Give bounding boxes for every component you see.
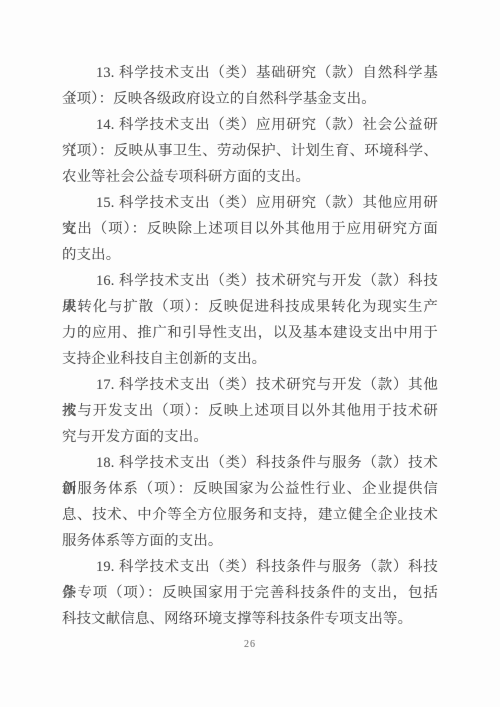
text-line: 新服务体系（项）：反映国家为公益性行业、企业提供信 — [62, 476, 438, 502]
text-line: 13. 科学技术支出（类）基础研究（款）自然科学基金 — [62, 60, 438, 86]
text-line: 力的应用、推广和引导性支出，以及基本建设支出中用于 — [62, 320, 438, 346]
text-line: 17. 科学技术支出（类）技术研究与开发（款）其他技 — [62, 372, 438, 398]
paragraph-18: 18. 科学技术支出（类）科技条件与服务（款）技术创 新服务体系（项）：反映国家… — [62, 450, 438, 554]
text-line: 的支出。 — [62, 242, 438, 268]
text-line: 果转化与扩散（项）：反映促进科技成果转化为现实生产 — [62, 294, 438, 320]
text-line: 19. 科学技术支出（类）科技条件与服务（款）科技条 — [62, 554, 438, 580]
text-line: 息、技术、中介等全方位服务和支持，建立健全企业技术 — [62, 502, 438, 528]
text-line: 服务体系等方面的支出。 — [62, 528, 438, 554]
document-page: 13. 科学技术支出（类）基础研究（款）自然科学基金 （项）：反映各级政府设立的… — [0, 0, 500, 707]
paragraph-16: 16. 科学技术支出（类）技术研究与开发（款）科技成 果转化与扩散（项）：反映促… — [62, 268, 438, 372]
text-line: 件专项（项）：反映国家用于完善科技条件的支出，包括 — [62, 580, 438, 606]
text-line: 科技文献信息、网络环境支撑等科技条件专项支出等。 — [62, 606, 438, 632]
paragraph-15: 15. 科学技术支出（类）应用研究（款）其他应用研究 支出（项）：反映除上述项目… — [62, 190, 438, 268]
text-line: 支持企业科技自主创新的支出。 — [62, 346, 438, 372]
text-line: 14. 科学技术支出（类）应用研究（款）社会公益研究 — [62, 112, 438, 138]
text-line: 18. 科学技术支出（类）科技条件与服务（款）技术创 — [62, 450, 438, 476]
document-body: 13. 科学技术支出（类）基础研究（款）自然科学基金 （项）：反映各级政府设立的… — [62, 60, 438, 632]
text-line: （项）：反映从事卫生、劳动保护、计划生育、环境科学、 — [62, 138, 438, 164]
text-line: 术与开发支出（项）：反映上述项目以外其他用于技术研 — [62, 398, 438, 424]
paragraph-17: 17. 科学技术支出（类）技术研究与开发（款）其他技 术与开发支出（项）：反映上… — [62, 372, 438, 450]
text-line: 16. 科学技术支出（类）技术研究与开发（款）科技成 — [62, 268, 438, 294]
page-number: 26 — [0, 637, 500, 653]
text-line: 究与开发方面的支出。 — [62, 424, 438, 450]
text-line: （项）：反映各级政府设立的自然科学基金支出。 — [62, 86, 438, 112]
text-line: 支出（项）：反映除上述项目以外其他用于应用研究方面 — [62, 216, 438, 242]
text-line: 农业等社会公益专项科研方面的支出。 — [62, 164, 438, 190]
text-line: 15. 科学技术支出（类）应用研究（款）其他应用研究 — [62, 190, 438, 216]
paragraph-14: 14. 科学技术支出（类）应用研究（款）社会公益研究 （项）：反映从事卫生、劳动… — [62, 112, 438, 190]
paragraph-19: 19. 科学技术支出（类）科技条件与服务（款）科技条 件专项（项）：反映国家用于… — [62, 554, 438, 632]
paragraph-13: 13. 科学技术支出（类）基础研究（款）自然科学基金 （项）：反映各级政府设立的… — [62, 60, 438, 112]
